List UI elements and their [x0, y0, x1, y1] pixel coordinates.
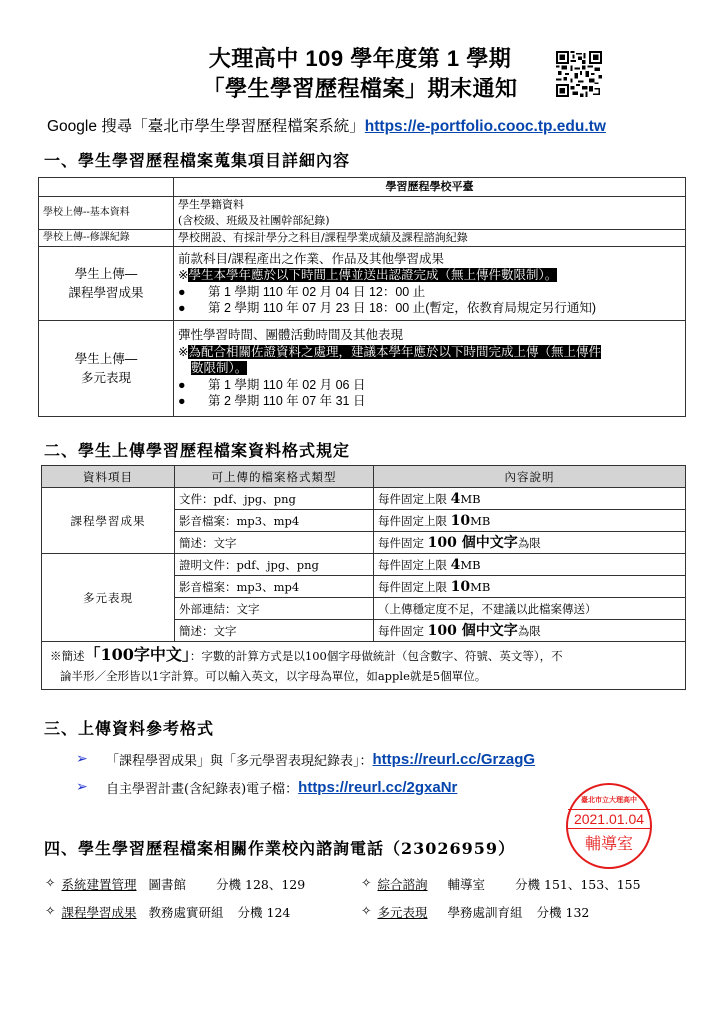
desc-text: 為限 — [518, 536, 541, 550]
reference-link[interactable]: https://reurl.cc/GrzagG — [373, 751, 536, 768]
desc-text: 每件固定上限 — [378, 492, 451, 506]
column-header: 可上傳的檔案格式類型 — [175, 466, 374, 488]
contact-place: 圖書館 — [149, 875, 187, 893]
item-cell: 多元表現 — [42, 554, 175, 642]
reference-item: ➢ 「課程學習成果」與「多元學習表現紀錄表」： https://reurl.cc… — [76, 745, 535, 773]
contact-name: 多元表現 — [377, 903, 427, 921]
diamond-bullet-icon: ✧ — [361, 903, 371, 921]
highlighted-note: 為配合相關佐證資料之處理，建議本學年應於以下時間完成上傳（無上傳件 — [188, 345, 601, 359]
contact-extension: 分機 151、153、155 — [515, 875, 641, 893]
highlighted-note: 學生本學年應於以下時間上傳並送出認證完成（無上傳件數限制）。 — [188, 268, 557, 282]
deadline-bullet: ●第 1 學期 110 年 02 月 06 日 — [178, 377, 681, 394]
column-header: 資料項目 — [42, 466, 175, 488]
content-line: 學校開設、有採計學分之科目/課程學業成績及課程諮詢紀錄 — [178, 230, 681, 246]
bullet-text: 第 1 學期 110 年 02 月 06 日 — [208, 377, 365, 394]
diamond-bullet-icon: ✧ — [361, 875, 371, 893]
label-line: 多元表現 — [43, 369, 169, 388]
reference-list: ➢ 「課程學習成果」與「多元學習表現紀錄表」： https://reurl.cc… — [76, 745, 535, 801]
diamond-bullet-icon: ✧ — [45, 903, 55, 921]
contact-name: 系統建置管理 — [61, 875, 136, 893]
row-label: 學生上傳— 課程學習成果 — [39, 247, 174, 321]
deadline-bullet: ●第 2 學期 110 年 07 月 23 日 18：00 止(暫定，依教育局規… — [178, 300, 681, 317]
desc-text: 每件固定上限 — [378, 580, 451, 594]
desc-cell: 每件固定 100 個中文字為限 — [374, 620, 686, 642]
contact-place: 輔導室 — [448, 875, 486, 893]
desc-text: 每件固定 — [378, 624, 428, 638]
desc-text: 為限 — [518, 624, 541, 638]
contact-extension: 分機 132 — [537, 903, 590, 921]
note-mark: ※ — [178, 345, 188, 359]
label-line: 學生上傳— — [43, 265, 169, 284]
reference-text: 自主學習計畫(含紀錄表)電子檔： — [106, 778, 298, 797]
e-portfolio-link[interactable]: https://e-portfolio.cooc.tp.edu.tw — [365, 118, 606, 135]
bullet-text: 第 2 學期 110 年 07 年 31 日 — [208, 393, 365, 410]
collection-items-table: 學習歷程學校平臺 學校上傳--基本資料 學生學籍資料 (含校級、班級及社團幹部紀… — [38, 177, 686, 417]
format-cell: 簡述：文字 — [175, 532, 374, 554]
section-4-heading: 四、學生學習歷程檔案相關作業校內諮詢電話（23026959） — [44, 836, 515, 859]
contact-item: ✧ 系統建置管理 圖書館 分機 128、129 — [45, 875, 361, 893]
desc-text: 每件固定 — [378, 536, 428, 550]
format-cell: 影音檔案：mp3、mp4 — [175, 576, 374, 598]
deadline-bullet: ●第 1 學期 110 年 02 月 04 日 12：00 止 — [178, 284, 681, 301]
table-row: 課程學習成果 文件：pdf、jpg、png 每件固定上限 4MB — [42, 488, 686, 510]
format-cell: 簡述：文字 — [175, 620, 374, 642]
date-stamp: 臺北市立大理高中 2021.01.04 輔導室 — [566, 783, 652, 869]
note-cell: ※簡述「100字中文」：字數的計算方式是以100個字母做統計（包含數字、符號、英… — [42, 642, 686, 690]
content-intro: 前款科目/課程產出之作業、作品及其他學習成果 — [178, 251, 681, 268]
table-header-row: 資料項目 可上傳的檔案格式類型 內容說明 — [42, 466, 686, 488]
document-title: 大理高中 109 學年度第 1 學期 「學生學習歷程檔案」期末通知 — [180, 44, 540, 104]
diamond-bullet-icon: ✧ — [45, 875, 55, 893]
desc-bold: 10 — [451, 579, 470, 595]
arrow-bullet-icon: ➢ — [76, 751, 106, 767]
desc-bold: 4 — [451, 557, 461, 573]
row-content: 學生學籍資料 (含校級、班級及社團幹部紀錄) — [174, 197, 686, 230]
bullet-text: 第 2 學期 110 年 07 月 23 日 18：00 止(暫定，依教育局規定… — [208, 300, 596, 317]
desc-text: MB — [470, 514, 490, 528]
row-content: 前款科目/課程產出之作業、作品及其他學習成果 ※學生本學年應於以下時間上傳並送出… — [174, 247, 686, 321]
note-mark: ※ — [178, 268, 188, 282]
bullet-icon: ● — [178, 284, 208, 301]
desc-cell: 每件固定上限 10MB — [374, 510, 686, 532]
contact-list: ✧ 系統建置管理 圖書館 分機 128、129 ✧ 綜合諮詢 輔導室 分機 15… — [45, 870, 677, 926]
deadline-bullet: ●第 2 學期 110 年 07 年 31 日 — [178, 393, 681, 410]
deadline-note: ※為配合相關佐證資料之處理，建議本學年應於以下時間完成上傳（無上傳件 — [178, 344, 681, 361]
contact-place: 學務處訓育組 — [448, 903, 523, 921]
desc-text: MB — [460, 558, 480, 572]
table-row: 學校上傳--基本資料 學生學籍資料 (含校級、班級及社團幹部紀錄) — [39, 197, 686, 230]
contact-row: ✧ 系統建置管理 圖書館 分機 128、129 ✧ 綜合諮詢 輔導室 分機 15… — [45, 870, 677, 898]
row-content: 彈性學習時間、團體活動時間及其他表現 ※為配合相關佐證資料之處理，建議本學年應於… — [174, 321, 686, 417]
qr-code-icon[interactable] — [556, 51, 602, 97]
title-line-1: 大理高中 109 學年度第 1 學期 — [180, 44, 540, 74]
contact-row: ✧ 課程學習成果 教務處實研組 分機 124 ✧ 多元表現 學務處訓育組 分機 … — [45, 898, 677, 926]
desc-text: MB — [460, 492, 480, 506]
bullet-icon: ● — [178, 300, 208, 317]
table-row: 多元表現 證明文件：pdf、jpg、png 每件固定上限 4MB — [42, 554, 686, 576]
desc-cell: （上傳穩定度不足，不建議以此檔案傳送） — [374, 598, 686, 620]
note-bold: 「100字中文」 — [85, 645, 190, 664]
content-intro: 彈性學習時間、團體活動時間及其他表現 — [178, 327, 681, 344]
desc-bold: 100 個中文字 — [428, 535, 518, 551]
row-label: 學生上傳— 多元表現 — [39, 321, 174, 417]
column-header: 內容說明 — [374, 466, 686, 488]
stamp-date: 2021.01.04 — [568, 809, 650, 829]
deadline-note: ※學生本學年應於以下時間上傳並送出認證完成（無上傳件數限制）。 — [178, 267, 681, 284]
content-line: 學生學籍資料 — [178, 197, 681, 213]
search-instruction-text: Google 搜尋「臺北市學生學習歷程檔案系統」 — [47, 118, 365, 135]
format-cell: 外部連結：文字 — [175, 598, 374, 620]
contact-item: ✧ 綜合諮詢 輔導室 分機 151、153、155 — [361, 875, 677, 893]
row-content: 學校開設、有採計學分之科目/課程學業成績及課程諮詢紀錄 — [174, 230, 686, 247]
title-line-2: 「學生學習歷程檔案」期末通知 — [180, 74, 540, 104]
label-line: 學生上傳— — [43, 350, 169, 369]
stamp-school: 臺北市立大理高中 — [568, 795, 650, 805]
row-label: 學校上傳--基本資料 — [39, 197, 174, 230]
contact-item: ✧ 課程學習成果 教務處實研組 分機 124 — [45, 903, 361, 921]
highlighted-note: 數限制）。 — [191, 361, 247, 375]
label-line: 課程學習成果 — [43, 284, 169, 303]
arrow-bullet-icon: ➢ — [76, 779, 106, 795]
desc-text: （上傳穩定度不足，不建議以此檔案傳送） — [378, 602, 597, 616]
contact-place: 教務處實研組 — [149, 903, 224, 921]
contact-name: 課程學習成果 — [61, 903, 136, 921]
bullet-text: 第 1 學期 110 年 02 月 04 日 12：00 止 — [208, 284, 425, 301]
desc-text: 每件固定上限 — [378, 558, 451, 572]
desc-cell: 每件固定上限 4MB — [374, 554, 686, 576]
item-cell: 課程學習成果 — [42, 488, 175, 554]
section-1-heading: 一、學生學習歷程檔案蒐集項目詳細內容 — [44, 148, 350, 171]
deadline-note-cont: 數限制）。 — [178, 360, 681, 377]
note-line: 論半形／全形皆以1字計算。可以輸入英文，以字母為單位，如apple就是5個單位。 — [50, 666, 677, 686]
desc-bold: 4 — [451, 491, 461, 507]
contact-extension: 分機 128、129 — [216, 875, 305, 893]
reference-link[interactable]: https://reurl.cc/2gxaNr — [298, 779, 457, 796]
table-row: 學校上傳--修課紀錄 學校開設、有採計學分之科目/課程學業成績及課程諮詢紀錄 — [39, 230, 686, 247]
search-instruction: Google 搜尋「臺北市學生學習歷程檔案系統」https://e-portfo… — [47, 114, 606, 136]
reference-text: 「課程學習成果」與「多元學習表現紀錄表」： — [106, 750, 373, 769]
desc-text: MB — [470, 580, 490, 594]
desc-bold: 100 個中文字 — [428, 623, 518, 639]
desc-bold: 10 — [451, 513, 470, 529]
desc-cell: 每件固定上限 10MB — [374, 576, 686, 598]
format-cell: 文件：pdf、jpg、png — [175, 488, 374, 510]
reference-item: ➢ 自主學習計畫(含紀錄表)電子檔： https://reurl.cc/2gxa… — [76, 773, 535, 801]
desc-text: 每件固定上限 — [378, 514, 451, 528]
section-3-heading: 三、上傳資料參考格式 — [44, 716, 214, 739]
table-row: 學生上傳— 課程學習成果 前款科目/課程產出之作業、作品及其他學習成果 ※學生本… — [39, 247, 686, 321]
note-text: ※簡述 — [50, 649, 85, 663]
table-row: 學生上傳— 多元表現 彈性學習時間、團體活動時間及其他表現 ※為配合相關佐證資料… — [39, 321, 686, 417]
contact-item: ✧ 多元表現 學務處訓育組 分機 132 — [361, 903, 677, 921]
note-text: ：字數的計算方式是以100個字母做統計（包含數字、符號、英文等），不 — [190, 649, 563, 663]
header-platform: 學習歷程學校平臺 — [174, 178, 686, 197]
file-format-table: 資料項目 可上傳的檔案格式類型 內容說明 課程學習成果 文件：pdf、jpg、p… — [41, 465, 686, 690]
stamp-department: 輔導室 — [568, 831, 650, 854]
content-line: (含校級、班級及社團幹部紀錄) — [178, 213, 681, 229]
desc-cell: 每件固定 100 個中文字為限 — [374, 532, 686, 554]
row-label: 學校上傳--修課紀錄 — [39, 230, 174, 247]
bullet-icon: ● — [178, 393, 208, 410]
format-cell: 影音檔案：mp3、mp4 — [175, 510, 374, 532]
note-line: ※簡述「100字中文」：字數的計算方式是以100個字母做統計（包含數字、符號、英… — [50, 645, 677, 666]
desc-cell: 每件固定上限 4MB — [374, 488, 686, 510]
contact-name: 綜合諮詢 — [377, 875, 427, 893]
contact-extension: 分機 124 — [238, 903, 291, 921]
table-header-row: 學習歷程學校平臺 — [39, 178, 686, 197]
table-note-row: ※簡述「100字中文」：字數的計算方式是以100個字母做統計（包含數字、符號、英… — [42, 642, 686, 690]
format-cell: 證明文件：pdf、jpg、png — [175, 554, 374, 576]
section-2-heading: 二、學生上傳學習歷程檔案資料格式規定 — [44, 438, 350, 461]
header-empty-cell — [39, 178, 174, 197]
bullet-icon: ● — [178, 377, 208, 394]
